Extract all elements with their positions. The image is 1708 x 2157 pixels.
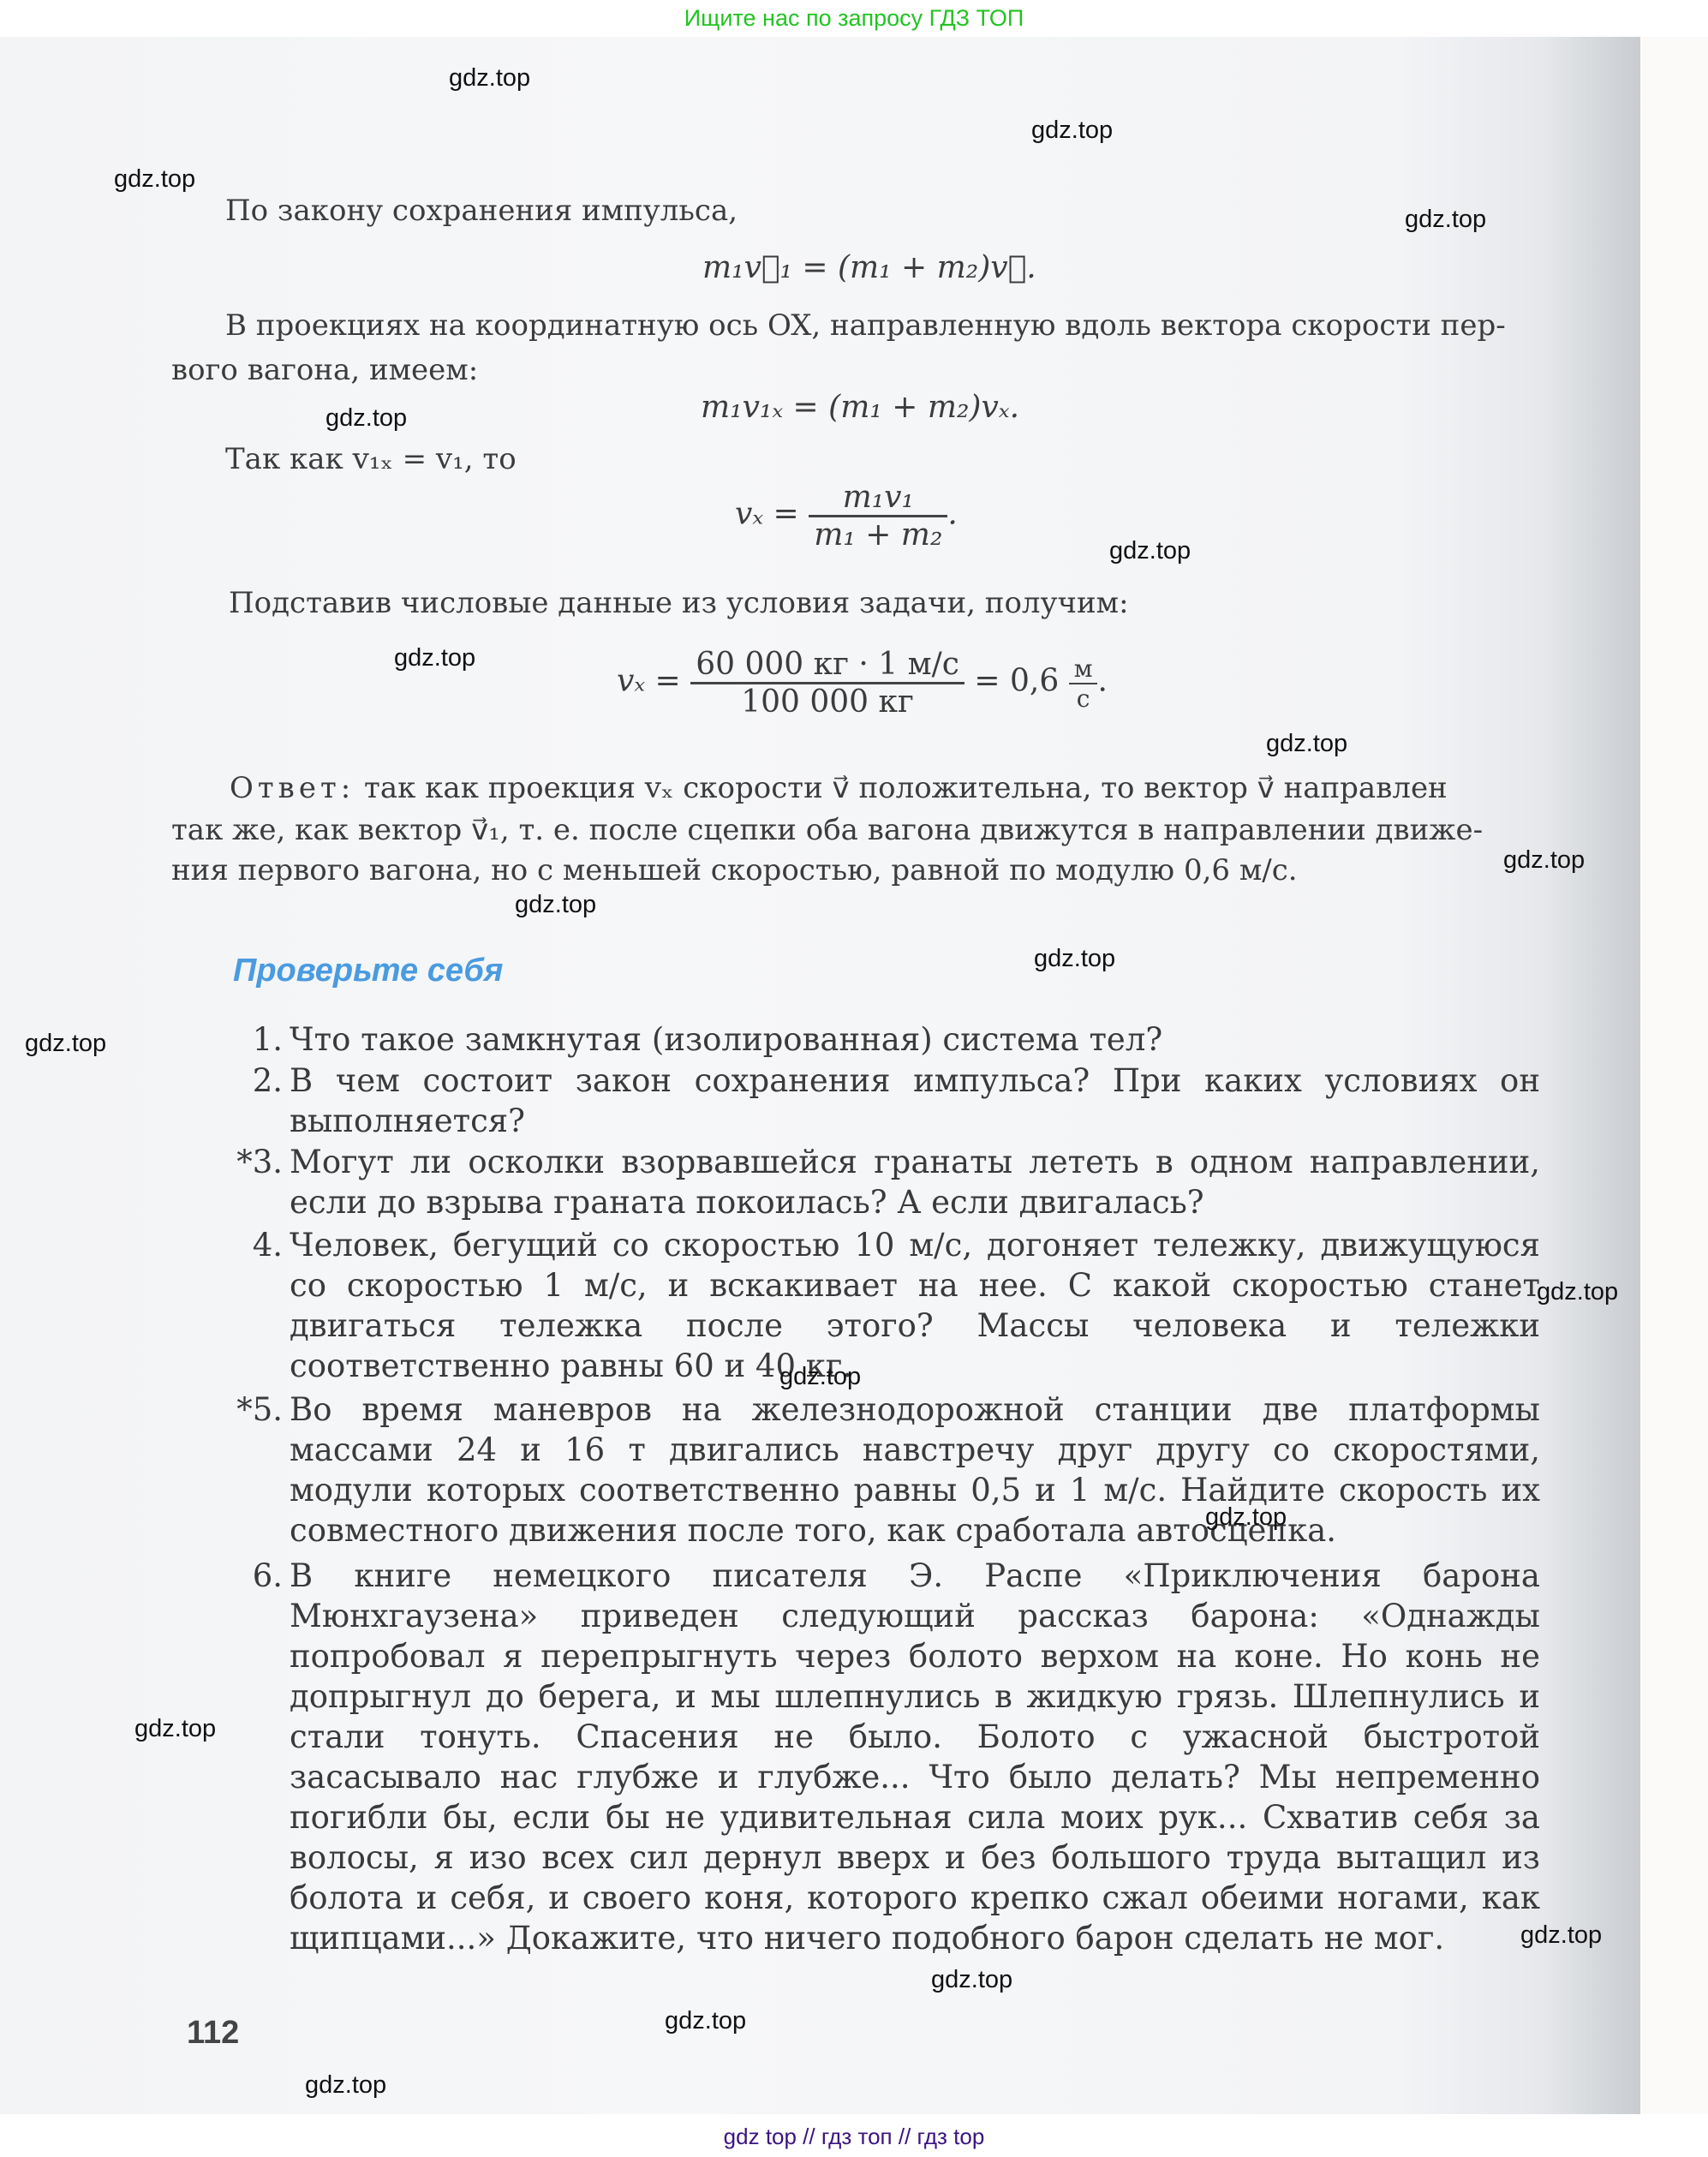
section-heading: Проверьте себя <box>233 953 503 989</box>
answer-line-3: ния первого вагона, но с меньшей скорост… <box>171 850 1298 891</box>
watermark: gdz.top <box>1266 730 1347 758</box>
question-text: Человек, бегущий со скоростью 10 м/с, до… <box>290 1225 1540 1386</box>
fraction: 60 000 кг · 1 м/с 100 000 кг <box>690 647 964 720</box>
watermark: gdz.top <box>1405 206 1486 234</box>
watermark: gdz.top <box>1537 1278 1618 1306</box>
watermark: gdz.top <box>779 1363 861 1391</box>
watermark: gdz.top <box>665 2007 746 2035</box>
watermark: gdz.top <box>931 1966 1012 1994</box>
question-text: Могут ли осколки взорвавшейся гранаты ле… <box>290 1142 1540 1222</box>
fraction: m₁v₁ m₁ + m₂ <box>809 480 947 553</box>
paragraph-projection-line1: В проекциях на координатную ось OX, напр… <box>225 305 1506 346</box>
watermark: gdz.top <box>449 64 530 93</box>
equation-vx-numeric-lhs: vₓ = <box>617 664 681 699</box>
watermark: gdz.top <box>25 1030 106 1058</box>
watermark: gdz.top <box>134 1715 216 1743</box>
watermark: gdz.top <box>1520 1921 1602 1950</box>
question-number: 2. <box>176 1061 283 1101</box>
question-2: 2. В чем состоит закон сохранения импуль… <box>176 1061 1546 1143</box>
question-text: Во время маневров на железнодорожной ста… <box>290 1389 1540 1551</box>
question-number: 1. <box>176 1019 283 1060</box>
answer-text-1: так как проекция vₓ скорости v⃗ положите… <box>364 771 1448 805</box>
equation-vx-numeric: vₓ = 60 000 кг · 1 м/с 100 000 кг = 0,6 … <box>617 647 1108 720</box>
watermark: gdz.top <box>1503 846 1585 875</box>
equation-vx-formula: vₓ = m₁v₁ m₁ + m₂ . <box>735 480 958 553</box>
question-3: *3. Могут ли осколки взорвавшейся гранат… <box>176 1142 1546 1224</box>
watermark: gdz.top <box>515 891 596 919</box>
fraction-numerator: 60 000 кг · 1 м/с <box>690 647 964 684</box>
page-number: 112 <box>187 2015 239 2052</box>
page-edge <box>1640 37 1708 2114</box>
top-banner[interactable]: Ищите нас по запросу ГДЗ ТОП <box>0 0 1708 36</box>
result-value: = 0,6 <box>974 664 1059 699</box>
answer-line-2: так же, как вектор v⃗₁, т. е. после сцеп… <box>171 810 1483 851</box>
answer-label: Ответ: <box>230 771 355 805</box>
unit-denominator: с <box>1069 684 1098 713</box>
unit-numerator: м <box>1069 654 1098 684</box>
watermark: gdz.top <box>1034 945 1115 973</box>
question-number: 4. <box>176 1225 283 1265</box>
period: . <box>947 497 957 532</box>
unit-fraction: м с <box>1069 654 1098 713</box>
watermark: gdz.top <box>1109 537 1191 565</box>
paragraph-substituting: Подставив числовые данные из условия зад… <box>229 583 1129 624</box>
paragraph-projection-line2: вого вагона, имеем: <box>171 350 478 391</box>
question-text: В чем состоит закон сохранения импульса?… <box>290 1061 1540 1141</box>
question-text: Что такое замкнутая (изолированная) сист… <box>290 1019 1540 1060</box>
question-number: *3. <box>176 1142 283 1182</box>
question-1: 1. Что такое замкнутая (изолированная) с… <box>176 1019 1546 1062</box>
equation-vx-lhs: vₓ = <box>735 497 799 532</box>
fraction-denominator: 100 000 кг <box>690 684 964 720</box>
question-text: В книге немецкого писателя Э. Распе «При… <box>290 1556 1540 1958</box>
question-number: 6. <box>176 1556 283 1596</box>
question-6: 6. В книге немецкого писателя Э. Распе «… <box>176 1556 1546 1967</box>
fraction-numerator: m₁v₁ <box>809 480 947 517</box>
equation-momentum-projection: m₁v₁ₓ = (m₁ + m₂)vₓ. <box>701 390 1019 425</box>
watermark: gdz.top <box>305 2071 386 2100</box>
bottom-banner[interactable]: gdz top // гдз топ // гдз top <box>0 2116 1708 2157</box>
watermark: gdz.top <box>1205 1503 1287 1532</box>
watermark: gdz.top <box>1031 117 1113 145</box>
equation-momentum-vector: m₁v⃗₁ = (m₁ + m₂)v⃗. <box>702 250 1036 285</box>
watermark: gdz.top <box>394 644 475 672</box>
paragraph-since: Так как v₁ₓ = v₁, то <box>225 439 517 480</box>
watermark: gdz.top <box>114 165 195 194</box>
answer-line-1: Ответ: так как проекция vₓ скорости v⃗ п… <box>230 768 1448 809</box>
question-number: *5. <box>176 1389 283 1430</box>
question-5: *5. Во время маневров на железнодорожной… <box>176 1389 1546 1554</box>
paragraph-conservation-law: По закону сохранения импульса, <box>225 190 738 231</box>
fraction-denominator: m₁ + m₂ <box>809 517 947 553</box>
watermark: gdz.top <box>325 404 407 433</box>
